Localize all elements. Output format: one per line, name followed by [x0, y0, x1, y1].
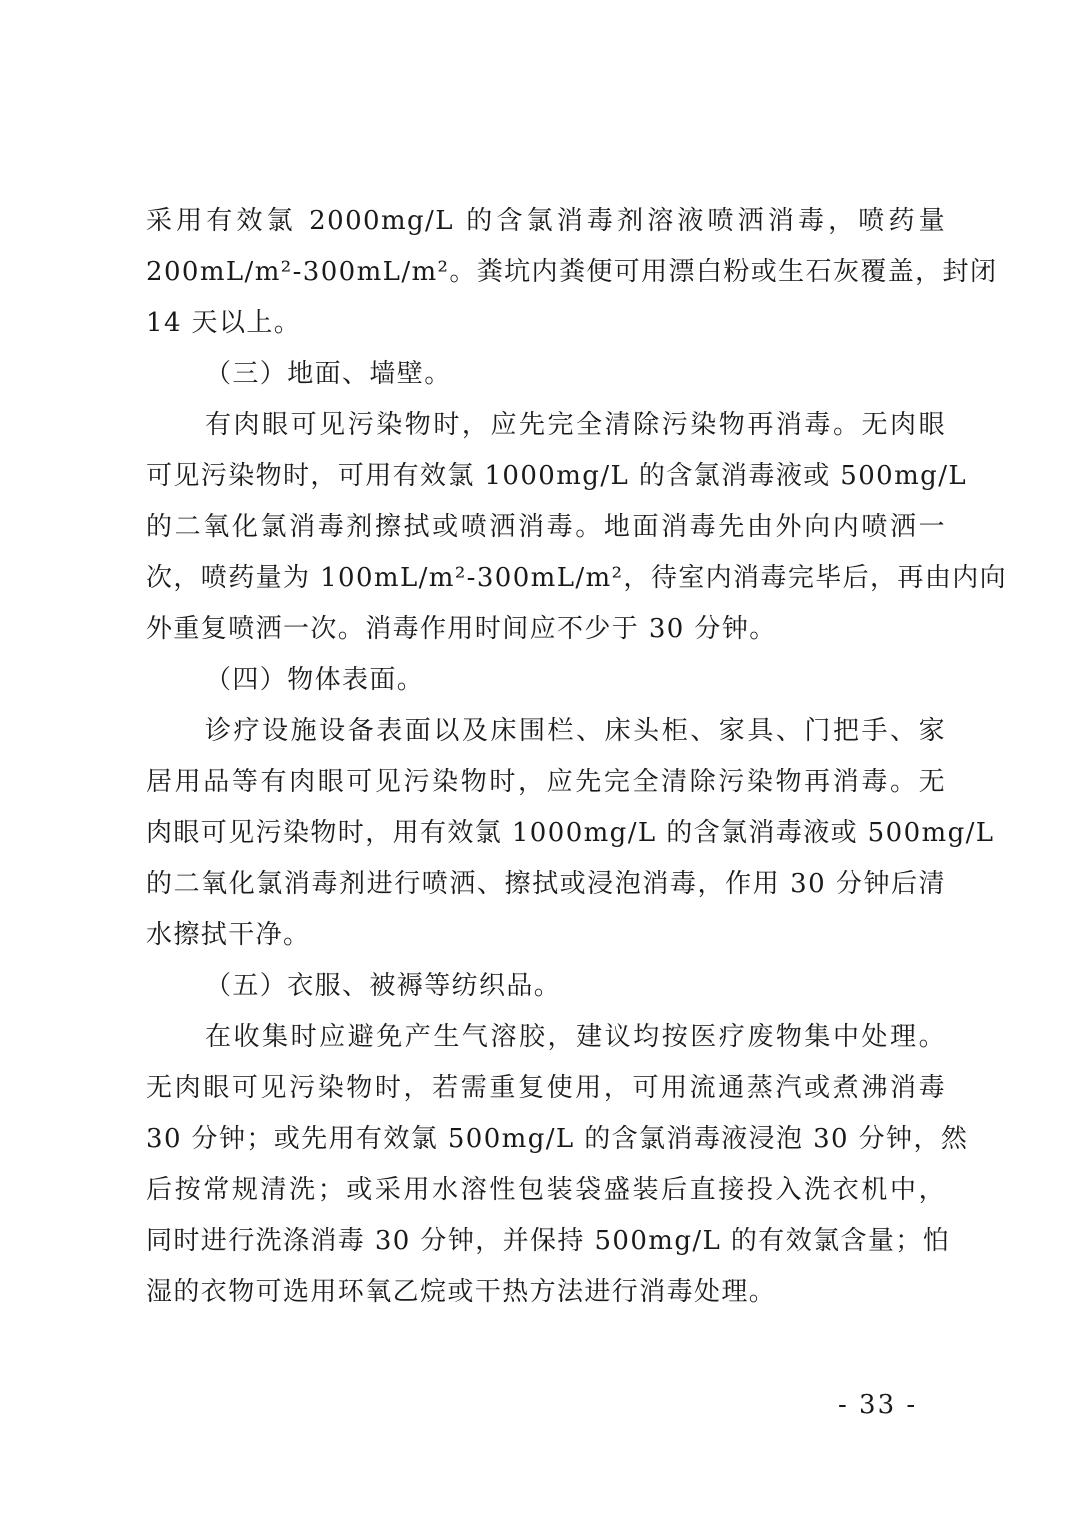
paragraph-line: 可见污染物时，可用有效氯 1000mg/L 的含氯消毒液或 500mg/L — [146, 456, 946, 496]
section-heading-walls-floors: （三）地面、墙壁。 — [205, 354, 452, 394]
page-number: - 33 - — [838, 1385, 917, 1425]
paragraph-line: 有肉眼可见污染物时，应先完全清除污染物再消毒。无肉眼 — [205, 405, 946, 445]
paragraph-line: 的二氧化氯消毒剂擦拭或喷洒消毒。地面消毒先由外向内喷洒一 — [146, 507, 946, 547]
paragraph-line: 居用品等有肉眼可见污染物时，应先完全清除污染物再消毒。无 — [146, 762, 946, 802]
paragraph-line: 同时进行洗涤消毒 30 分钟，并保持 500mg/L 的有效氯含量；怕 — [146, 1221, 946, 1261]
paragraph-line: 在收集时应避免产生气溶胶，建议均按医疗废物集中处理。 — [205, 1017, 946, 1057]
paragraph-line: 诊疗设施设备表面以及床围栏、床头柜、家具、门把手、家 — [205, 711, 946, 751]
section-heading-textiles: （五）衣服、被褥等纺织品。 — [205, 966, 561, 1006]
paragraph-line: 30 分钟；或先用有效氯 500mg/L 的含氯消毒液浸泡 30 分钟，然 — [146, 1119, 946, 1159]
paragraph-line: 次，喷药量为 100mL/m²-300mL/m²，待室内消毒完毕后，再由内向 — [146, 558, 946, 598]
section-heading-object-surfaces: （四）物体表面。 — [205, 660, 424, 700]
document-page: 采用有效氯 2000mg/L 的含氯消毒剂溶液喷洒消毒，喷药量 200mL/m²… — [0, 0, 1080, 1527]
paragraph-line: 200mL/m²-300mL/m²。粪坑内粪便可用漂白粉或生石灰覆盖，封闭 — [146, 252, 946, 292]
paragraph-line: 水擦拭干净。 — [146, 915, 946, 955]
paragraph-line: 后按常规清洗；或采用水溶性包装袋盛装后直接投入洗衣机中， — [146, 1170, 946, 1210]
paragraph-line: 肉眼可见污染物时，用有效氯 1000mg/L 的含氯消毒液或 500mg/L — [146, 813, 946, 853]
paragraph-line: 14 天以上。 — [146, 303, 946, 343]
paragraph-line: 湿的衣物可选用环氧乙烷或干热方法进行消毒处理。 — [146, 1272, 946, 1312]
paragraph-line: 的二氧化氯消毒剂进行喷洒、擦拭或浸泡消毒，作用 30 分钟后清 — [146, 864, 946, 904]
paragraph-line: 外重复喷洒一次。消毒作用时间应不少于 30 分钟。 — [146, 609, 946, 649]
paragraph-line: 采用有效氯 2000mg/L 的含氯消毒剂溶液喷洒消毒，喷药量 — [146, 201, 946, 241]
paragraph-line: 无肉眼可见污染物时，若需重复使用，可用流通蒸汽或煮沸消毒 — [146, 1068, 946, 1108]
